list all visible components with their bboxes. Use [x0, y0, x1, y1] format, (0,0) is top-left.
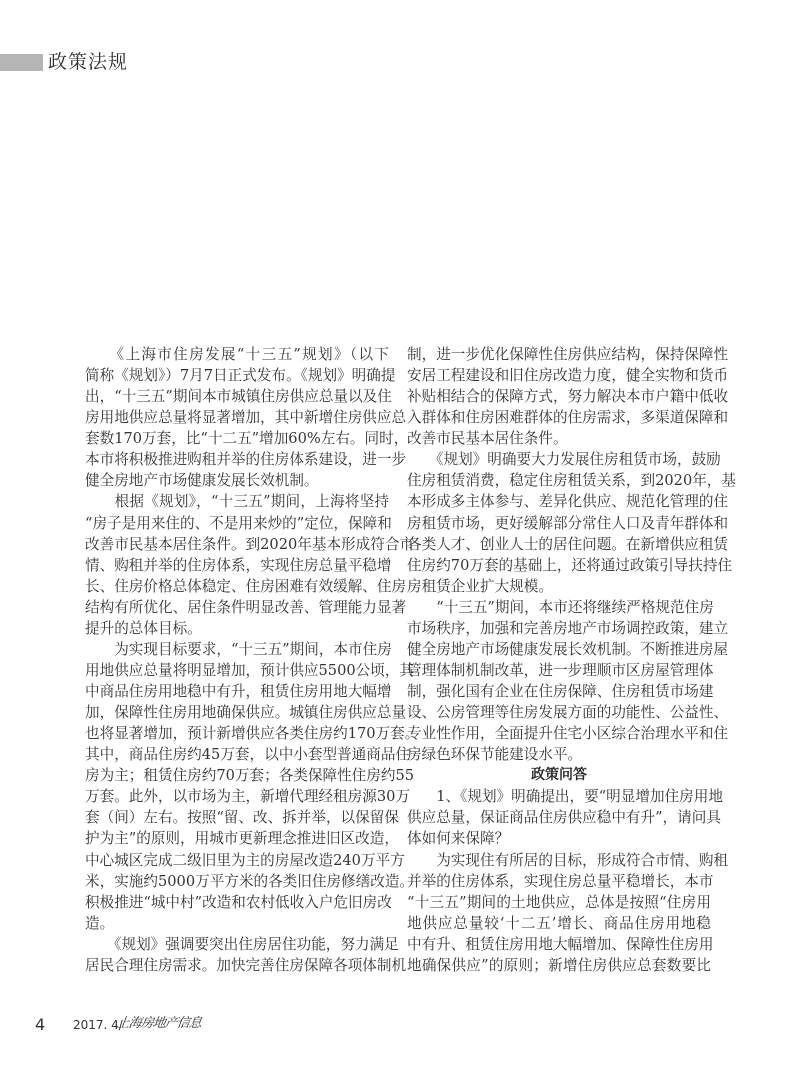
text-line: 入群体和住房困难群体的住房需求，多渠道保障和	[407, 407, 711, 428]
text-line: 房为主；租赁住房约70万套；各类保障性住房约55	[85, 765, 389, 786]
text-line: 本市将积极推进购租并举的住房体系建设，进一步	[85, 449, 389, 470]
text-line: 中有升、租赁住房用地大幅增加、保障性住房用	[407, 934, 711, 955]
text-line: 并举的住房体系，实现住房总量平稳增长，本市	[407, 871, 711, 892]
text-line: 为实现目标要求，“十三五”期间，本市住房	[85, 639, 389, 660]
text-line: 积极推进“城中村”改造和农村低收入户危旧房改	[85, 892, 389, 913]
text-line: 健全房地产市场健康发展长效机制。	[85, 470, 389, 491]
text-line: 补贴相结合的保障方式，努力解决本市户籍中低收	[407, 386, 711, 407]
text-line: “十三五”期间，本市还将继续严格规范住房	[407, 597, 711, 618]
text-line: 情、购租并举的住房体系，实现住房总量平稳增	[85, 555, 389, 576]
text-line: 套数170万套，比“十二五”增加60%左右。同时，	[85, 428, 389, 449]
text-line: “房子是用来住的、不是用来炒的”定位，保障和	[85, 513, 389, 534]
text-line: “十三五”期间的土地供应，总体是按照“住房用	[407, 892, 711, 913]
magazine-logo: 上海房地产信息	[116, 1012, 203, 1031]
text-line: 米，实施约5000万平方米的各类旧住房修缮改造。	[85, 871, 389, 892]
text-line: 万套。此外，以市场为主，新增代理经租房源30万	[85, 786, 389, 807]
text-line: 出，“十三五”期间本市城镇住房供应总量以及住	[85, 386, 389, 407]
text-line: 改善市民基本居住条件。到2020年基本形成符合市	[85, 534, 389, 555]
text-line: 制，进一步优化保障性住房供应结构，保持保障性	[407, 344, 711, 365]
text-line: 住房租赁消费，稳定住房租赁关系，到2020年，基	[407, 470, 711, 491]
text-line: 健全房地产市场健康发展长效机制。不断推进房屋	[407, 639, 711, 660]
text-line: 专业性作用，全面提升住宅小区综合治理水平和住	[407, 723, 711, 744]
article-right-column: 制，进一步优化保障性住房供应结构，保持保障性安居工程建设和旧住房改造力度，健全实…	[407, 344, 711, 976]
text-line: 长、住房价格总体稳定、住房困难有效缓解、住房	[85, 576, 389, 597]
text-line: 设、公房管理等住房发展方面的功能性、公益性、	[407, 702, 711, 723]
text-line: 房租赁市场，更好缓解部分常住人口及青年群体和	[407, 513, 711, 534]
text-line: 加，保障性住房用地确保供应。城镇住房供应总量	[85, 702, 389, 723]
text-line: 护为主”的原则，用城市更新理念推进旧区改造，	[85, 828, 389, 849]
text-line: 中心城区完成二级旧里为主的房屋改造240万平方	[85, 850, 389, 871]
text-line: 本形成多主体参与、差异化供应、规范化管理的住	[407, 491, 711, 512]
text-line: 结构有所优化、居住条件明显改善、管理能力显著	[85, 597, 389, 618]
text-line: 根据《规划》，“十三五”期间，上海将坚持	[85, 491, 389, 512]
text-line: 各类人才、创业人士的居住问题。在新增供应租赁	[407, 534, 711, 555]
text-line: 中商品住房用地稳中有升，租赁住房用地大幅增	[85, 681, 389, 702]
text-line: 市场秩序，加强和完善房地产市场调控政策，建立	[407, 618, 711, 639]
text-line: 造。	[85, 913, 389, 934]
text-line: 也将显著增加，预计新增供应各类住房约170万套。	[85, 723, 389, 744]
text-line: 地确保供应”的原则；新增住房供应总套数要比	[407, 955, 711, 976]
section-marker-bar	[0, 54, 43, 71]
text-line: 套（间）左右。按照“留、改、拆并举，以保留保	[85, 807, 389, 828]
text-line: 房租赁企业扩大规模。	[407, 576, 711, 597]
section-title: 政策法规	[48, 49, 128, 75]
text-line: 《规划》明确要大力发展住房租赁市场，鼓励	[407, 449, 711, 470]
article-left-column: 《上海市住房发展“十三五”规划》（以下简称《规划》）7月7日正式发布。《规划》明…	[85, 344, 389, 976]
page-number: 4	[35, 1015, 45, 1034]
text-line: 居民合理住房需求。加快完善住房保障各项体制机	[85, 955, 389, 976]
text-line: 简称《规划》）7月7日正式发布。《规划》明确提	[85, 365, 389, 386]
text-line: 体如何来保障？	[407, 828, 711, 849]
text-line: 用地供应总量将明显增加，预计供应5500公顷，其	[85, 660, 389, 681]
subsection-heading: 政策问答	[407, 765, 711, 786]
text-line: 1、《规划》明确提出，要“明显增加住房用地	[407, 786, 711, 807]
text-line: 住房约70万套的基础上，还将通过政策引导扶持住	[407, 555, 711, 576]
text-line: 安居工程建设和旧住房改造力度，健全实物和货币	[407, 365, 711, 386]
text-line: 房绿色环保节能建设水平。	[407, 744, 711, 765]
text-line: 地供应总量较‘十二五’增长、商品住房用地稳	[407, 913, 711, 934]
text-line: 《上海市住房发展“十三五”规划》（以下	[85, 344, 389, 365]
text-line: 为实现住有所居的目标，形成符合市情、购租	[407, 850, 711, 871]
text-line: 改善市民基本居住条件。	[407, 428, 711, 449]
text-line: 供应总量，保证商品住房供应稳中有升”，请问具	[407, 807, 711, 828]
text-line: 管理体制机制改革，进一步理顺市区房屋管理体	[407, 660, 711, 681]
text-line: 制，强化国有企业在住房保障、住房租赁市场建	[407, 681, 711, 702]
text-line: 其中，商品住房约45万套，以中小套型普通商品住	[85, 744, 389, 765]
text-line: 提升的总体目标。	[85, 618, 389, 639]
text-line: 房用地供应总量将显著增加，其中新增住房供应总	[85, 407, 389, 428]
text-line: 《规划》强调要突出住房居住功能，努力满足	[85, 934, 389, 955]
